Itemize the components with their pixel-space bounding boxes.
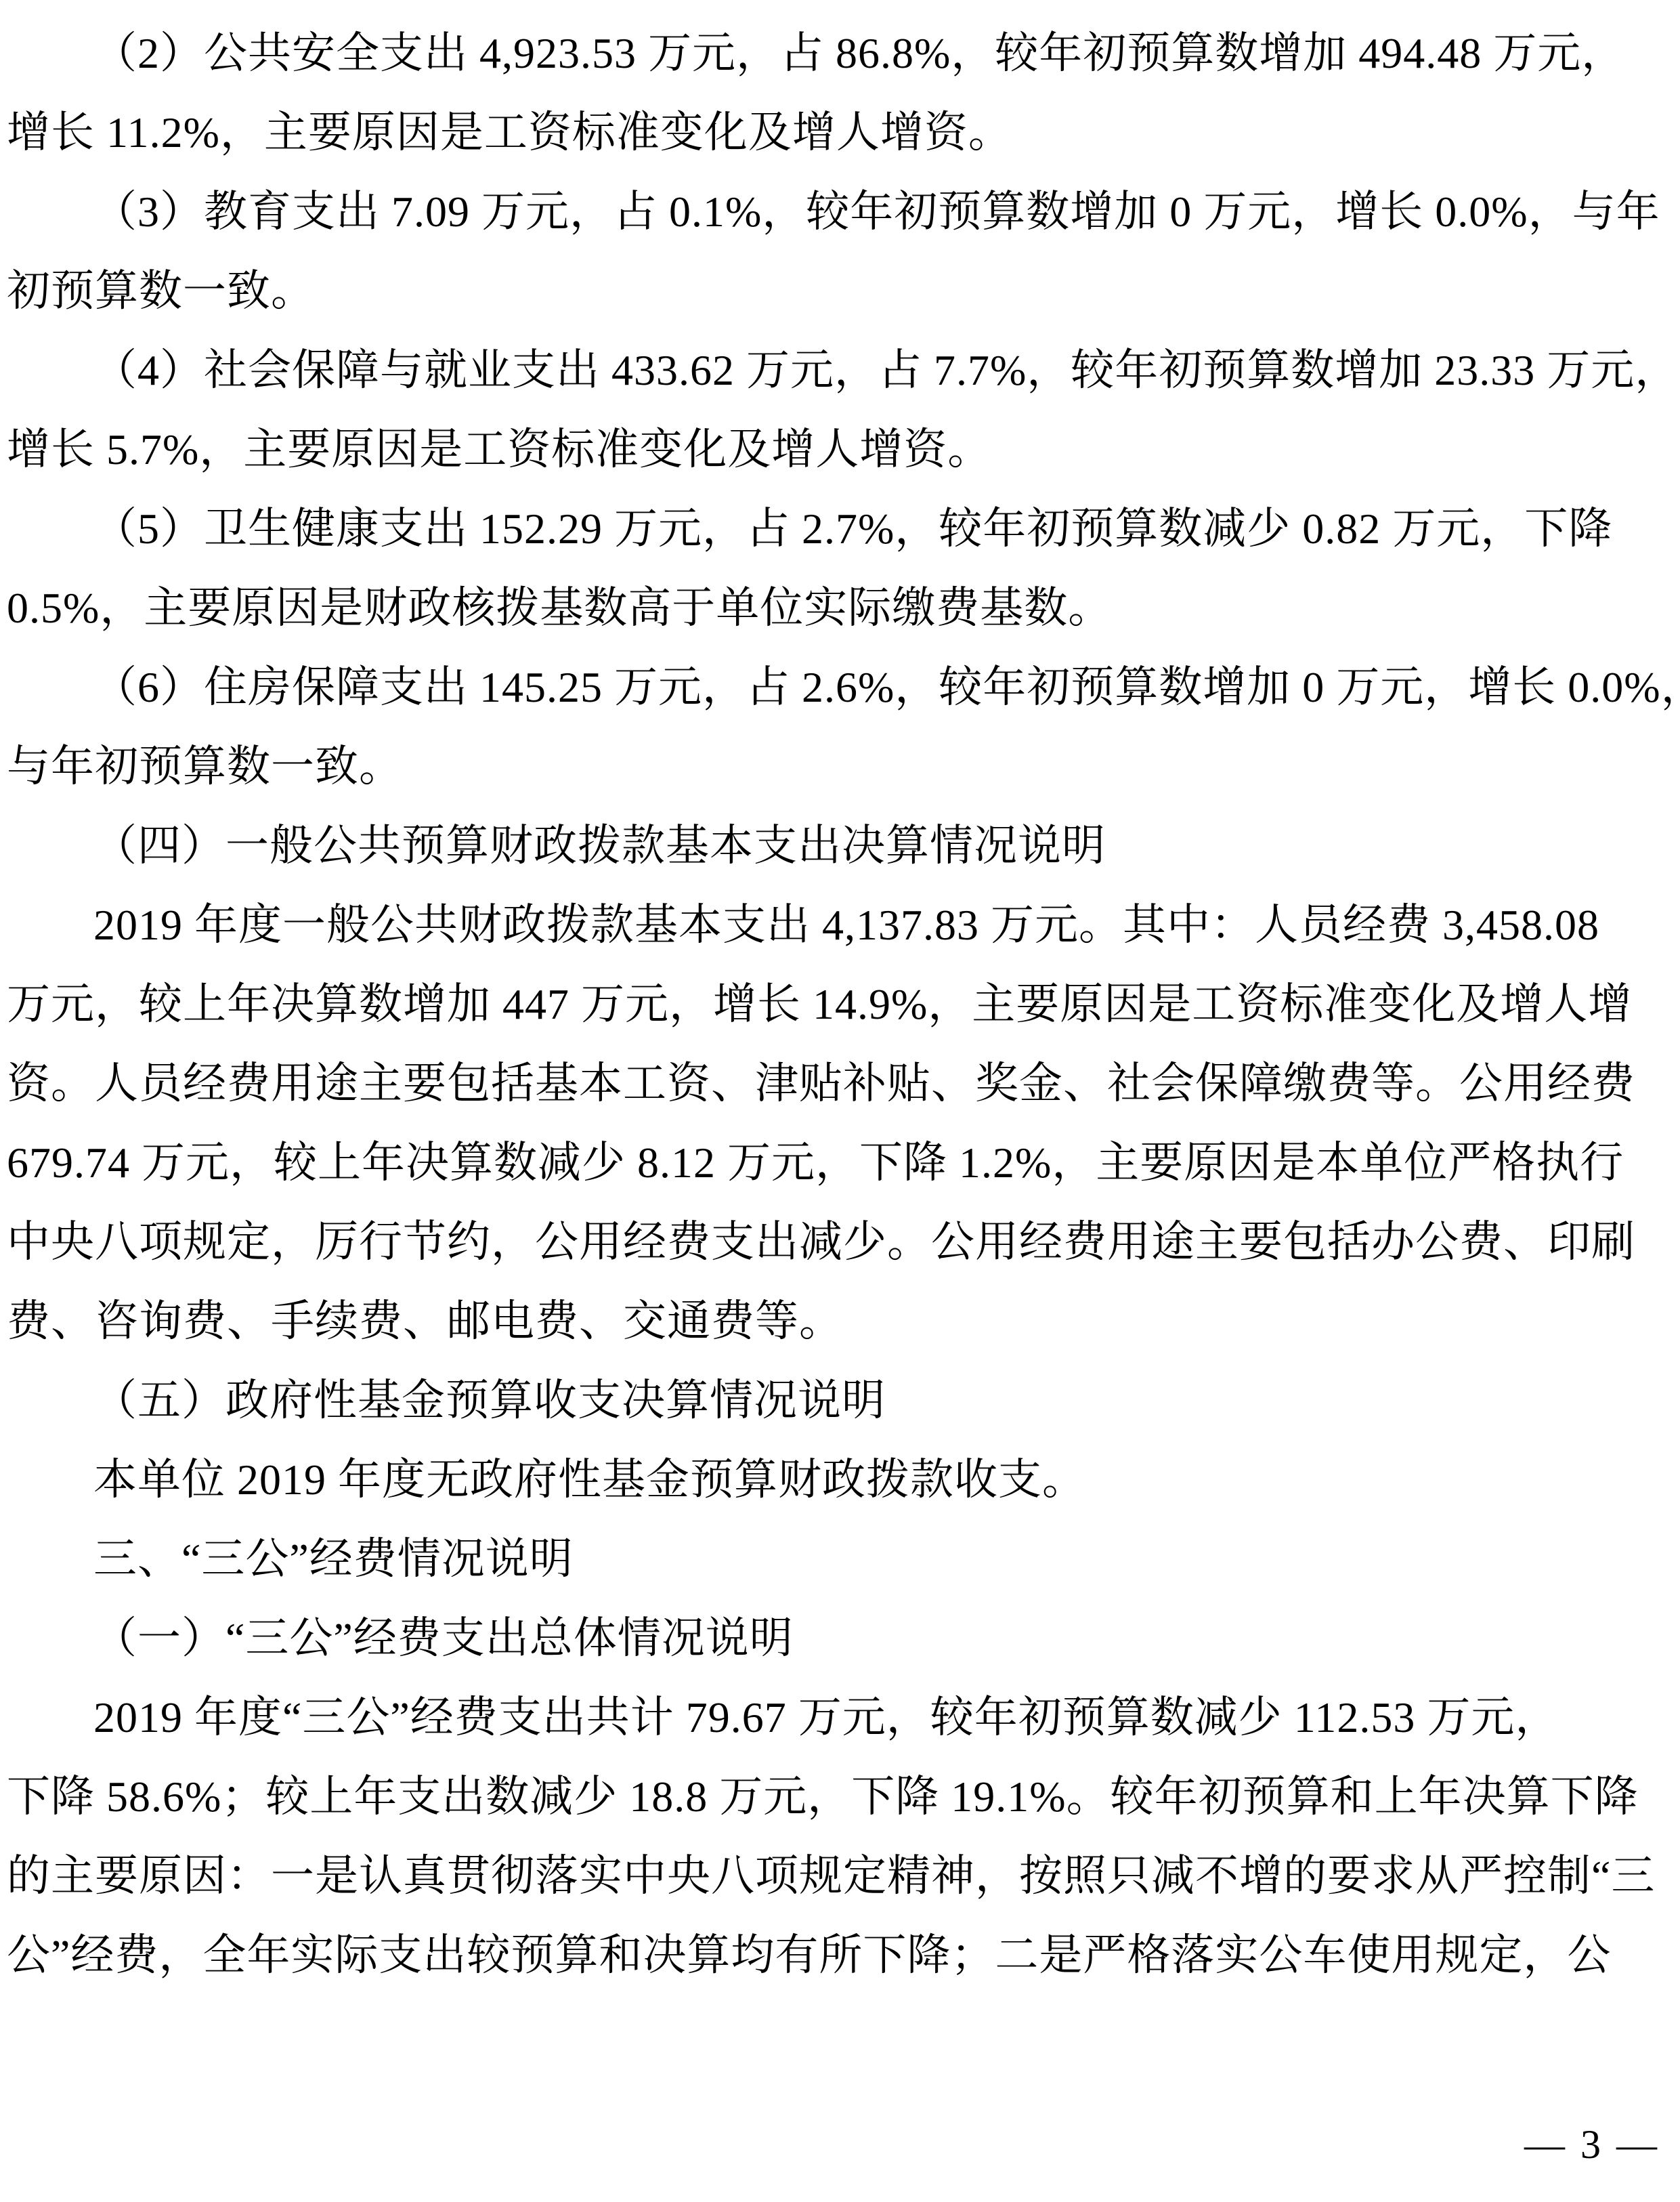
text-line: 2019 年度“三公”经费支出共计 79.67 万元，较年初预算数减少 112.… (7, 1678, 1671, 1757)
text-line: 0.5%，主要原因是财政核拨基数高于单位实际缴费基数。 (7, 568, 1671, 648)
text-line: （3）教育支出 7.09 万元，占 0.1%，较年初预算数增加 0 万元，增长 … (7, 172, 1671, 251)
text-line: 费、咨询费、手续费、邮电费、交通费等。 (7, 1282, 1671, 1361)
text-line: （一）“三公”经费支出总体情况说明 (7, 1598, 1671, 1678)
text-line: 的主要原因：一是认真贯彻落实中央八项规定精神，按照只减不增的要求从严控制“三 (7, 1836, 1671, 1915)
text-line: 下降 58.6%；较上年支出数减少 18.8 万元，下降 19.1%。较年初预算… (7, 1757, 1671, 1836)
text-line: 2019 年度一般公共财政拨款基本支出 4,137.83 万元。其中：人员经费 … (7, 885, 1671, 965)
text-line: （5）卫生健康支出 152.29 万元，占 2.7%，较年初预算数减少 0.82… (7, 489, 1671, 568)
text-line: 本单位 2019 年度无政府性基金预算财政拨款收支。 (7, 1440, 1671, 1519)
document-body: （2）公共安全支出 4,923.53 万元，占 86.8%，较年初预算数增加 4… (7, 14, 1671, 1995)
text-line: 万元，较上年决算数增加 447 万元，增长 14.9%，主要原因是工资标准变化及… (7, 965, 1671, 1044)
text-line: 679.74 万元，较上年决算数减少 8.12 万元，下降 1.2%，主要原因是… (7, 1123, 1671, 1202)
text-line: 三、“三公”经费情况说明 (7, 1519, 1671, 1598)
text-line: （五）政府性基金预算收支决算情况说明 (7, 1361, 1671, 1440)
text-line: 增长 5.7%，主要原因是工资标准变化及增人增资。 (7, 410, 1671, 489)
text-line: 增长 11.2%，主要原因是工资标准变化及增人增资。 (7, 93, 1671, 172)
text-line: （2）公共安全支出 4,923.53 万元，占 86.8%，较年初预算数增加 4… (7, 14, 1671, 93)
text-line: 资。人员经费用途主要包括基本工资、津贴补贴、奖金、社会保障缴费等。公用经费 (7, 1044, 1671, 1123)
text-line: 公”经费，全年实际支出较预算和决算均有所下降；二是严格落实公车使用规定，公 (7, 1915, 1671, 1995)
text-line: （6）住房保障支出 145.25 万元，占 2.6%，较年初预算数增加 0 万元… (7, 648, 1671, 727)
text-line: （4）社会保障与就业支出 433.62 万元，占 7.7%，较年初预算数增加 2… (7, 331, 1671, 410)
page-number: — 3 — (1524, 2121, 1660, 2168)
text-line: （四）一般公共预算财政拨款基本支出决算情况说明 (7, 806, 1671, 885)
document-page: （2）公共安全支出 4,923.53 万元，占 86.8%，较年初预算数增加 4… (0, 0, 1680, 2202)
text-line: 初预算数一致。 (7, 251, 1671, 331)
text-line: 中央八项规定，厉行节约，公用经费支出减少。公用经费用途主要包括办公费、印刷 (7, 1202, 1671, 1282)
text-line: 与年初预算数一致。 (7, 727, 1671, 806)
